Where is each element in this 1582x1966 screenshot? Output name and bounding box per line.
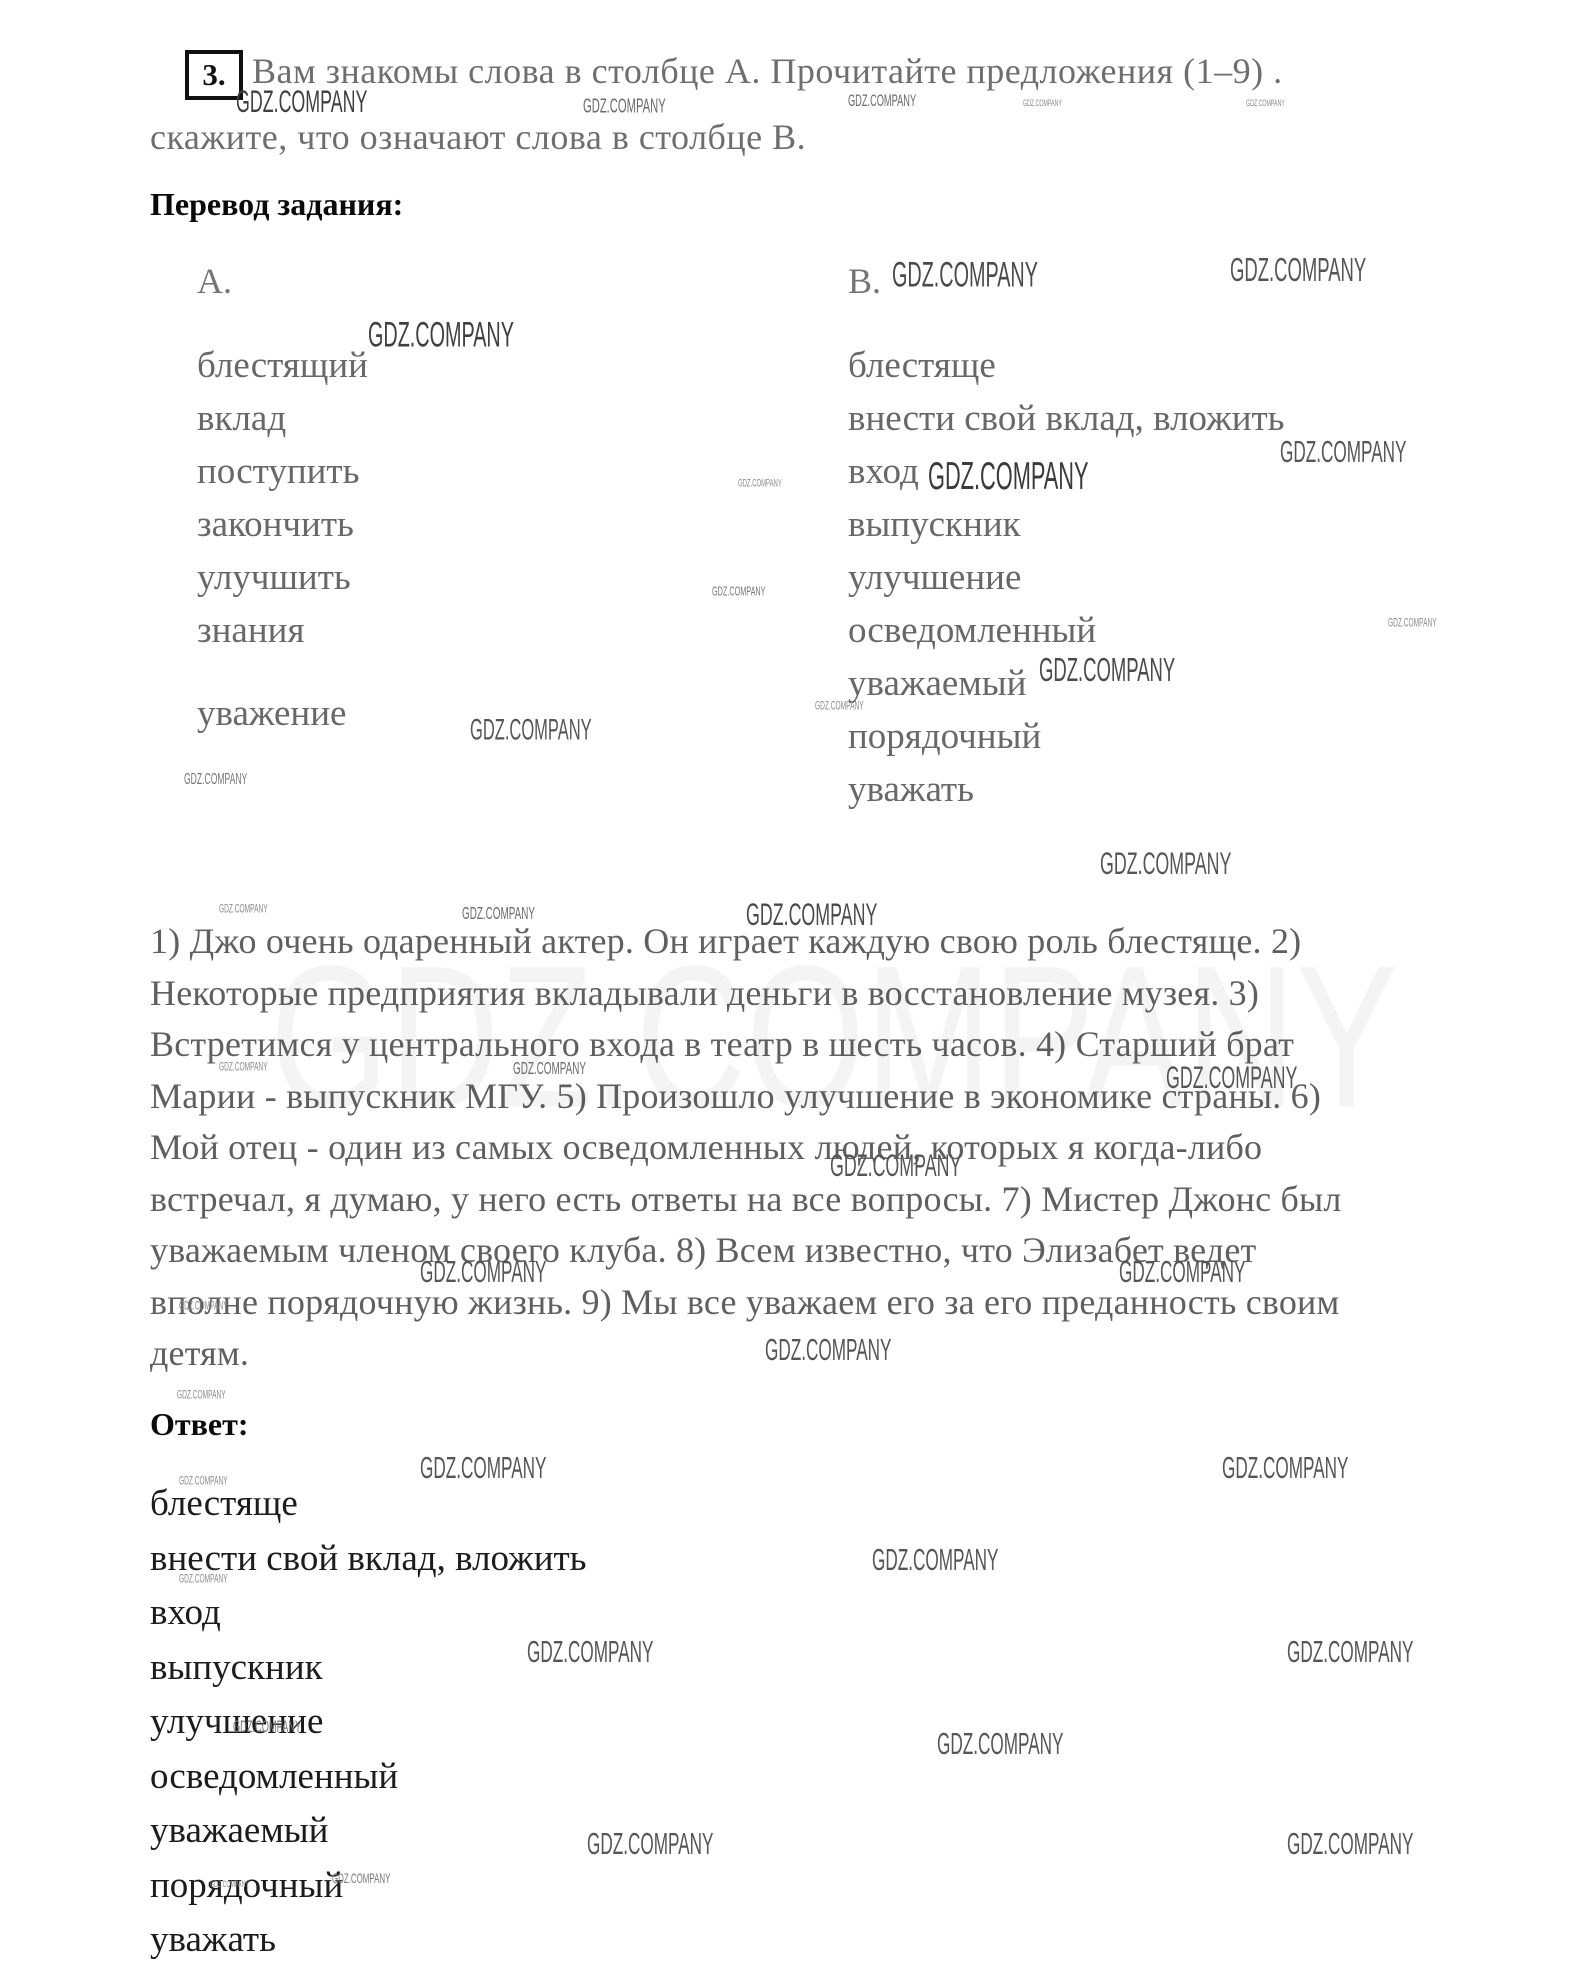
answer-item: вход [150,1591,221,1634]
sentence-line: уважаемым членом своего клуба. 8) Всем и… [150,1229,1256,1271]
watermark: GDZ.COMPANY [420,1256,546,1287]
column-a-word: закончить [197,503,354,546]
watermark: GDZ.COMPANY [236,86,367,118]
task-text-line-2: скажите, что означают слова в столбце В. [150,116,806,158]
column-b-word: осведомленный [848,609,1096,652]
column-a-word: блестящий [197,344,368,387]
watermark: GDZ.COMPANY [420,1452,546,1483]
watermark: GDZ.COMPANY [765,1334,891,1365]
column-b-word: вход [848,450,919,493]
watermark: GDZ.COMPANY [1287,1636,1413,1667]
watermark: GDZ.COMPANY [179,1476,228,1488]
answer-item: выпускник [150,1646,323,1689]
column-a-header: А. [197,260,232,302]
watermark: GDZ.COMPANY [872,1544,998,1575]
column-a-word: улучшить [197,556,351,599]
column-b-word: блестяще [848,344,996,387]
watermark: GDZ.COMPANY [1287,1828,1413,1859]
watermark: GDZ.COMPANY [738,478,782,489]
watermark: GDZ.COMPANY [746,899,877,931]
column-b-word: уважать [848,768,974,811]
watermark: GDZ.COMPANY [219,904,268,916]
watermark: GDZ.COMPANY [513,1060,586,1078]
watermark: GDZ.COMPANY [233,1718,301,1735]
watermark: GDZ.COMPANY [1388,618,1437,630]
task-text-line-1: Вам знакомы слова в столбце А. Прочитайт… [252,50,1283,92]
sentence-line: встречал, я думаю, у него есть ответы на… [150,1178,1342,1220]
watermark: GDZ.COMPANY [1023,99,1062,108]
watermark: GDZ.COMPANY [587,1828,713,1859]
task-number: 3. [202,57,225,93]
answer-item: осведомленный [150,1755,398,1798]
watermark: GDZ.COMPANY [1039,654,1175,687]
watermark: GDZ.COMPANY [892,258,1038,293]
watermark: GDZ.COMPANY [928,456,1089,495]
watermark: GDZ.COMPANY [368,318,514,353]
watermark: GDZ.COMPANY [815,701,864,713]
watermark: GDZ.COMPANY [470,716,592,746]
watermark: GDZ.COMPANY [462,905,535,923]
watermark-ghost: GDZ.COMPANY [270,935,1398,1138]
column-b-word: внести свой вклад, вложить [848,397,1285,440]
watermark: GDZ.COMPANY [332,1871,390,1885]
watermark: GDZ.COMPANY [179,1574,228,1586]
watermark: GDZ.COMPANY [527,1636,653,1667]
watermark: GDZ.COMPANY [583,96,666,116]
sentence-line: детям. [150,1332,249,1374]
column-b-header: В. [848,260,881,302]
column-b-word: выпускник [848,503,1021,546]
task-number-box: 3. [185,50,243,100]
watermark: GDZ.COMPANY [712,586,766,599]
watermark: GDZ.COMPANY [937,1728,1063,1759]
watermark: GDZ.COMPANY [1119,1256,1245,1287]
watermark: GDZ.COMPANY [1166,1062,1297,1094]
watermark: GDZ.COMPANY [848,92,916,109]
answer-item: уважать [150,1918,276,1961]
watermark: GDZ.COMPANY [1230,254,1366,287]
watermark: GDZ.COMPANY [177,1390,226,1402]
watermark: GDZ.COMPANY [1222,1452,1348,1483]
answer-item: блестяще [150,1482,298,1525]
watermark: GDZ.COMPANY [1246,99,1285,108]
column-a-word: вклад [197,397,286,440]
column-b-word: порядочный [848,715,1041,758]
column-a-word: уважение [197,692,346,735]
watermark: GDZ.COMPANY [1280,436,1406,467]
column-b-word: уважаемый [848,662,1026,705]
answer-heading: Ответ: [150,1406,248,1443]
column-a-word: поступить [197,450,359,493]
watermark: GDZ.COMPANY [830,1150,961,1182]
watermark: GDZ.COMPANY [1100,848,1231,880]
column-a-word: знания [197,609,304,652]
watermark: GDZ.COMPANY [210,1880,249,1889]
worksheet-page: 3. Вам знакомы слова в столбце А. Прочит… [0,0,1582,1966]
translation-heading: Перевод задания: [150,186,403,223]
watermark: GDZ.COMPANY [219,1062,268,1074]
column-b-word: улучшение [848,556,1021,599]
answer-item: уважаемый [150,1809,328,1852]
watermark: GDZ.COMPANY [184,771,247,786]
watermark: GDZ.COMPANY [179,1301,228,1313]
